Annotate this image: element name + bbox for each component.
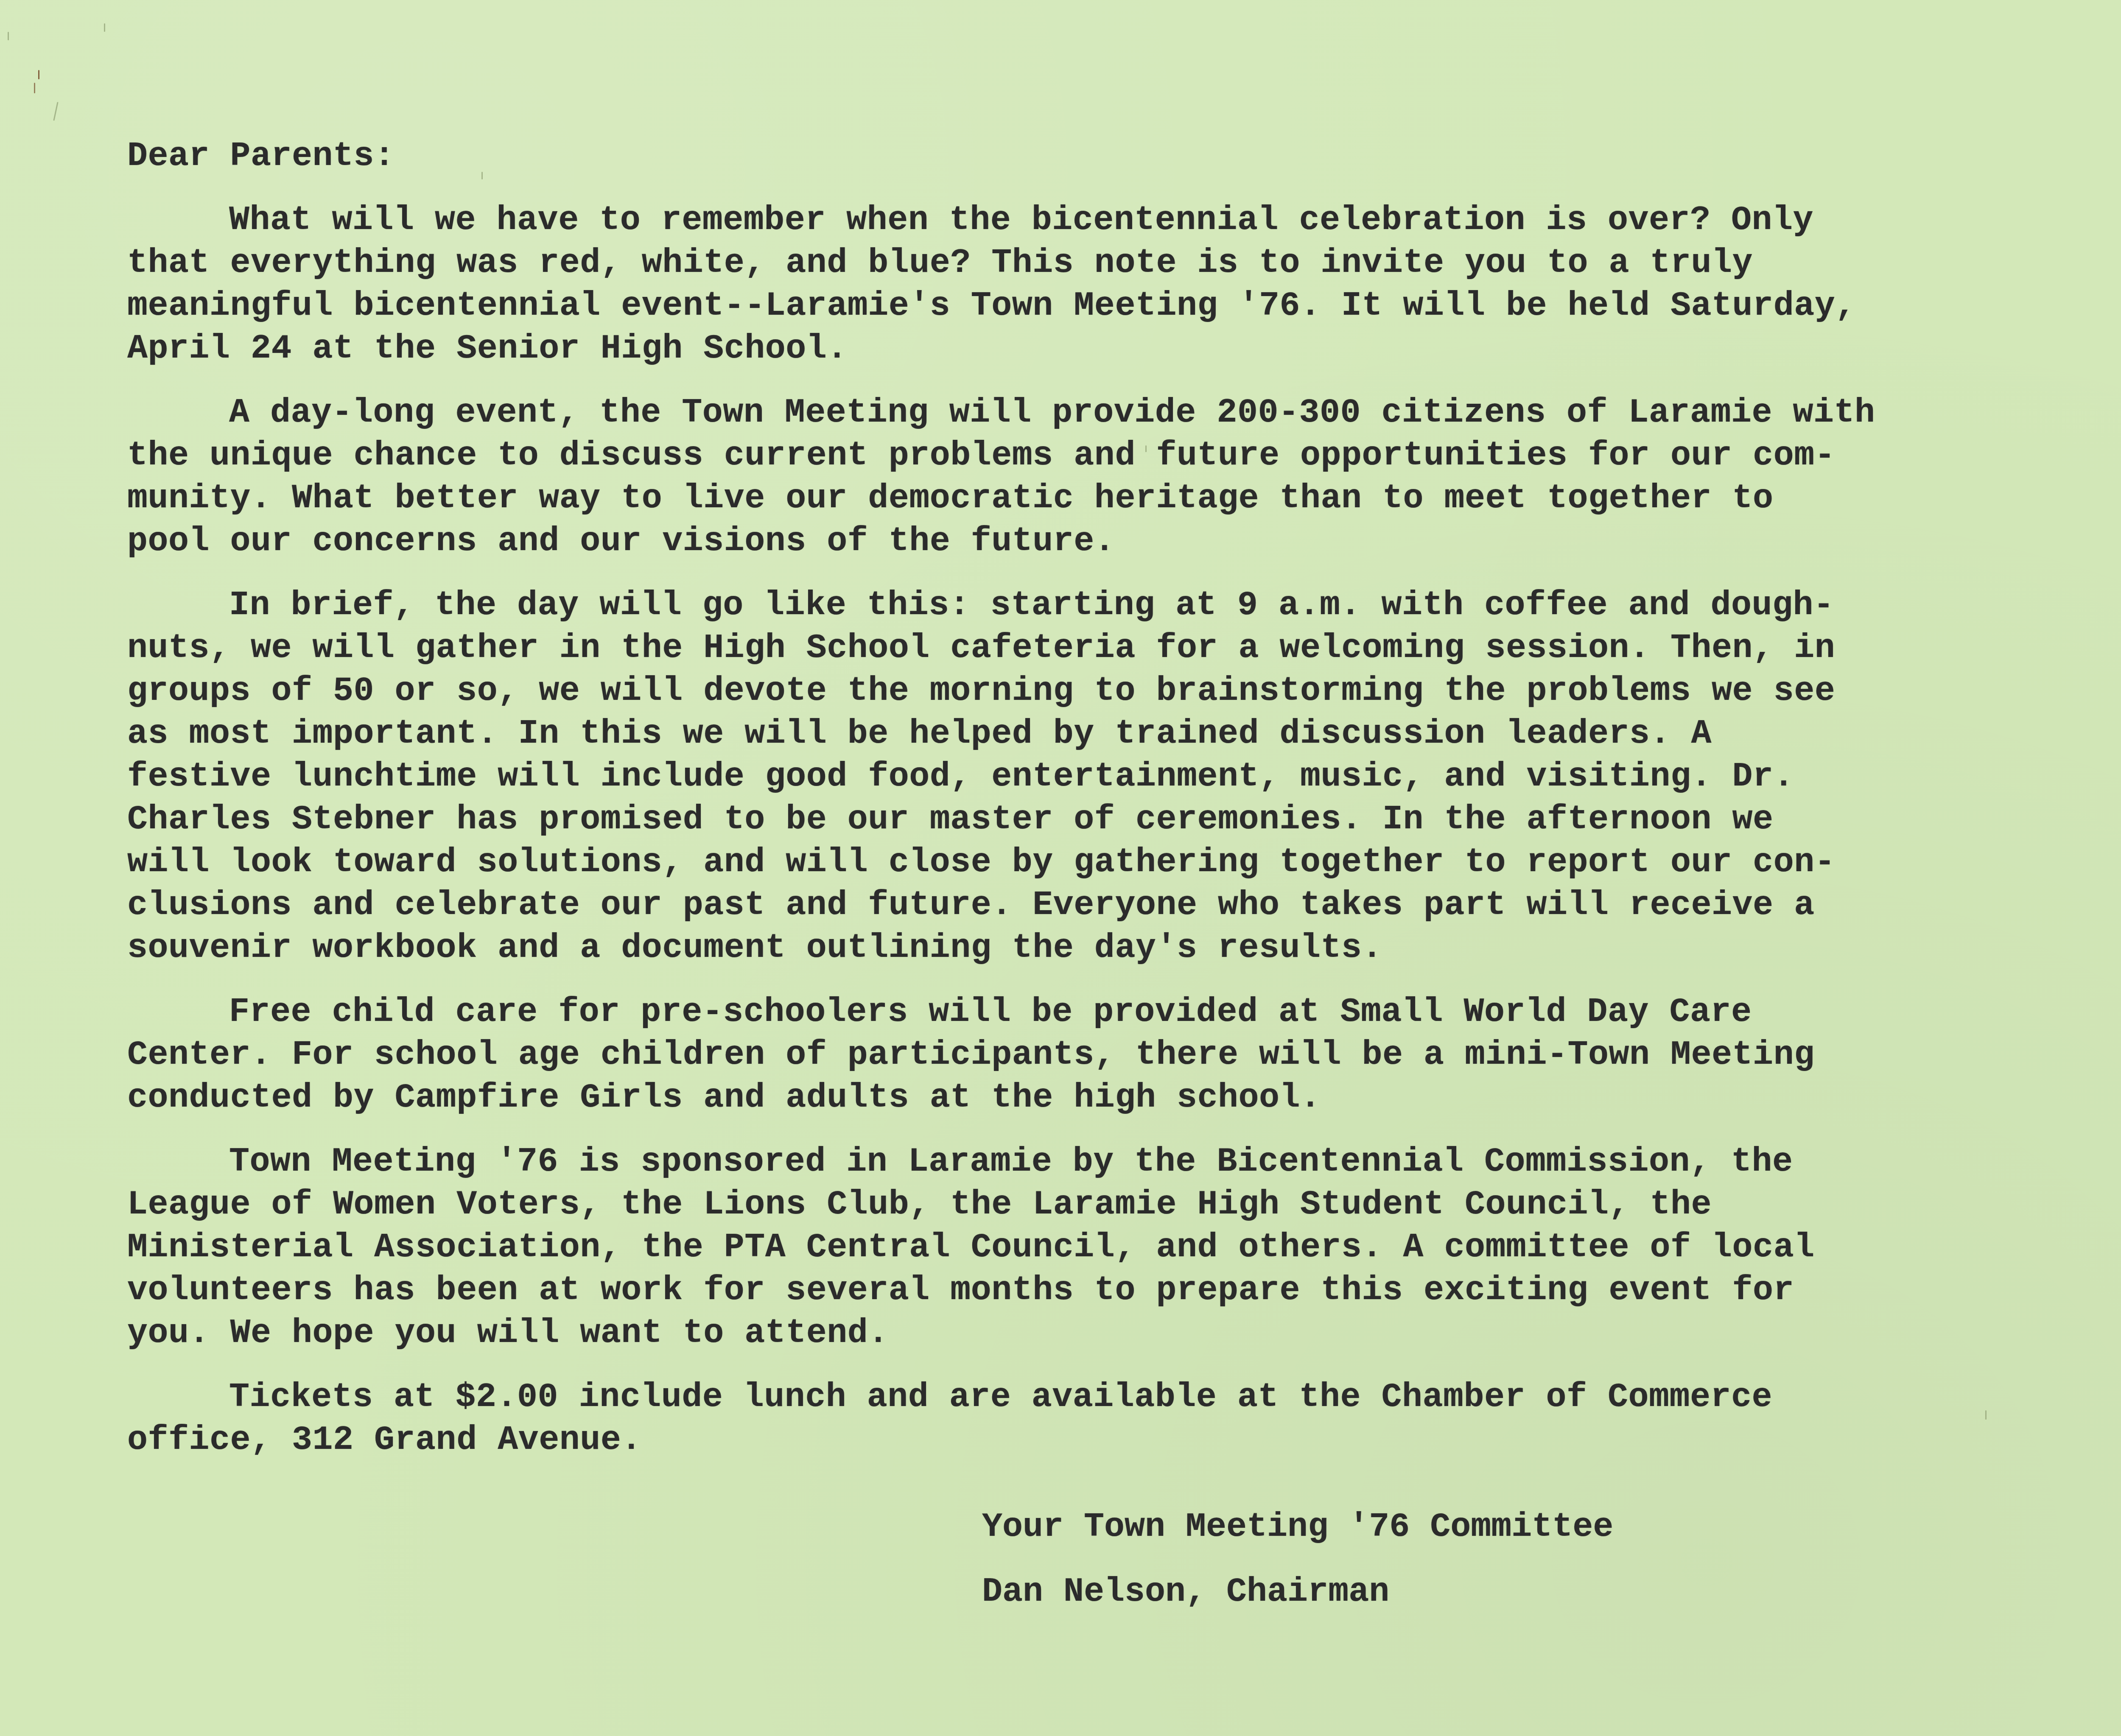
paragraph-schedule: In brief, the day will go like this: sta… (127, 584, 1951, 970)
paragraph-sponsors: Town Meeting '76 is sponsored in Laramie… (127, 1141, 1951, 1355)
paper-speck (34, 83, 35, 93)
paper-speck (8, 32, 9, 40)
closing-signer: Dan Nelson, Chairman (982, 1573, 1389, 1611)
paper-speck (1985, 1410, 1987, 1420)
paragraph-child-care: Free child care for pre-schoolers will b… (127, 991, 1951, 1119)
paper-speck (38, 70, 39, 79)
paragraph-tickets: Tickets at $2.00 include lunch and are a… (127, 1376, 1951, 1462)
closing-committee: Your Town Meeting '76 Committee (982, 1508, 1613, 1546)
paper-speck (104, 23, 105, 32)
letter-body: Dear Parents: What will we have to remem… (127, 135, 1951, 1483)
paragraph-event-description: A day-long event, the Town Meeting will … (127, 391, 1951, 563)
paragraph-intro: What will we have to remember when the b… (127, 199, 1951, 370)
salutation: Dear Parents: (127, 135, 1951, 178)
